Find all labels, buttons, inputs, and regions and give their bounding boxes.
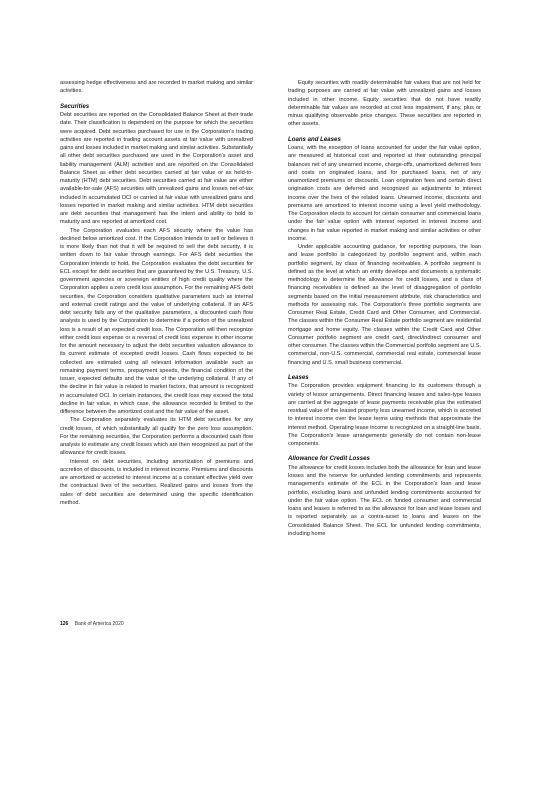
left-column: assessing hedge effectiveness and are re… xyxy=(60,79,253,507)
securities-paragraph: The Corporation separately evaluates its… xyxy=(60,416,253,457)
securities-paragraph: Debt securities are reported on the Cons… xyxy=(60,111,253,227)
section-heading-loans-and-leases: Loans and Leases xyxy=(288,136,481,145)
page-number: 126 xyxy=(60,621,68,627)
securities-paragraph: The Corporation evaluates each AFS secur… xyxy=(60,227,253,417)
loans-paragraph: Loans, with the exception of loans accou… xyxy=(288,144,481,243)
publication-title: Bank of America 2020 xyxy=(75,621,124,627)
equity-securities-paragraph: Equity securities with readily determina… xyxy=(288,79,481,129)
page-footer: 126 Bank of America 2020 xyxy=(60,621,124,627)
section-heading-allowance: Allowance for Credit Losses xyxy=(288,455,481,464)
right-column: Equity securities with readily determina… xyxy=(288,79,481,538)
allowance-paragraph: The allowance for credit losses includes… xyxy=(288,464,481,538)
section-heading-leases: Leases xyxy=(288,374,481,383)
leases-paragraph: The Corporation provides equipment finan… xyxy=(288,382,481,448)
section-heading-securities: Securities xyxy=(60,103,253,112)
intro-paragraph: assessing hedge effectiveness and are re… xyxy=(60,79,253,96)
loans-paragraph: Under applicable accounting guidance, fo… xyxy=(288,243,481,367)
securities-paragraph: Interest on debt securities, including a… xyxy=(60,458,253,508)
